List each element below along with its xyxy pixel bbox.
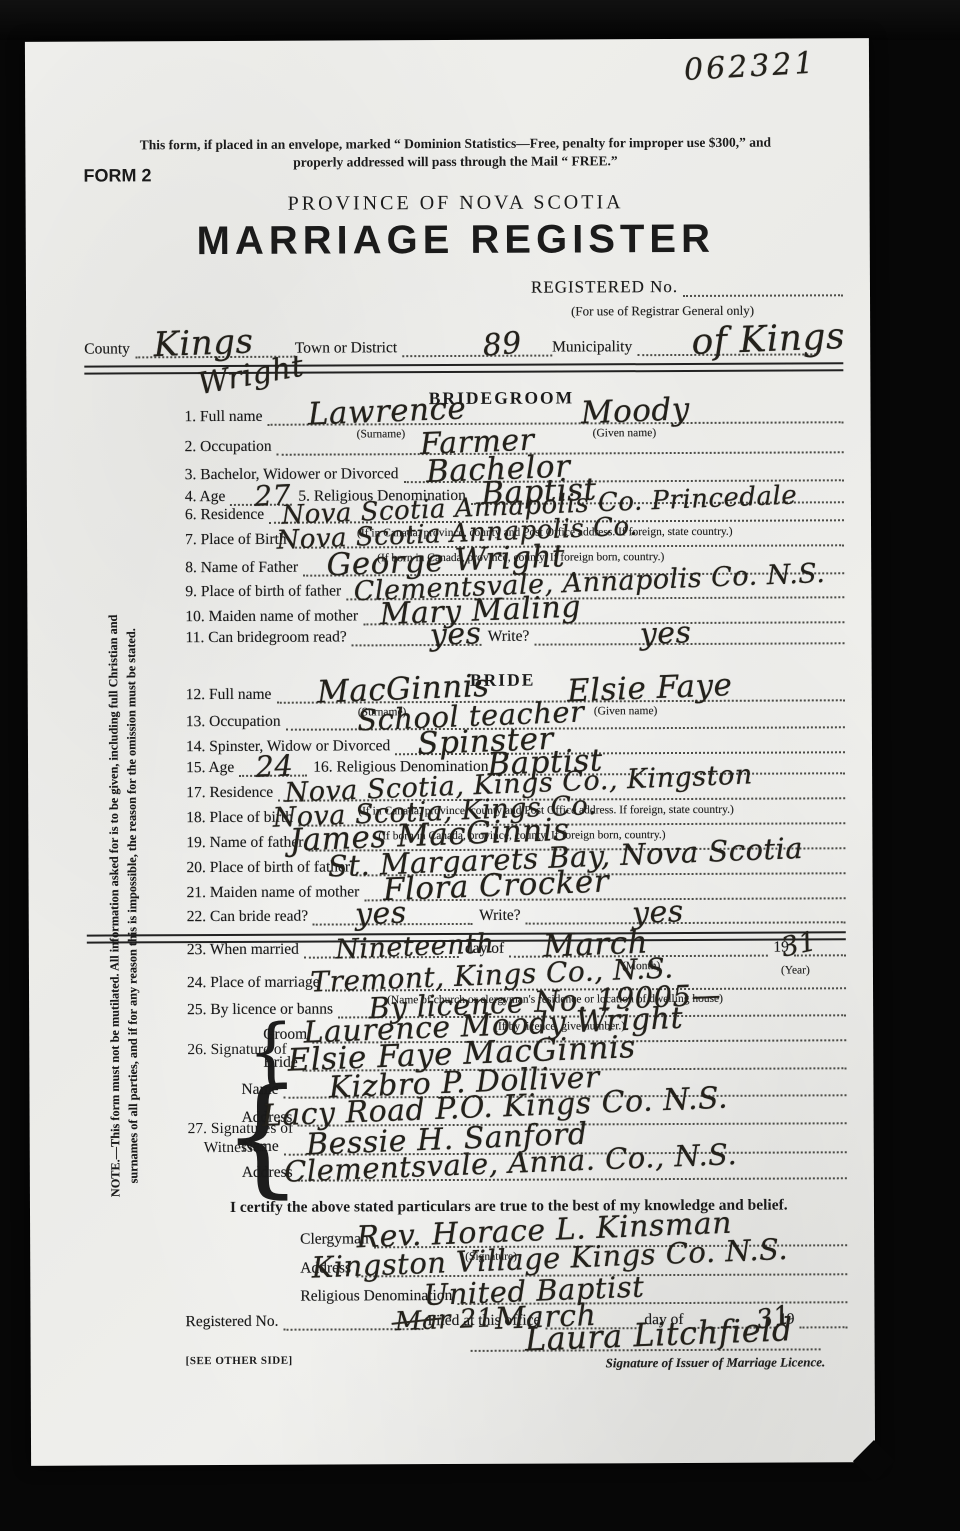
province-heading: PROVINCE OF NOVA SCOTIA bbox=[26, 190, 886, 217]
field-8-label: 8. Name of Father bbox=[185, 559, 303, 578]
registered-no-label: REGISTERED No. bbox=[531, 277, 683, 298]
bride-mother-handwritten: Flora Crocker bbox=[382, 863, 610, 908]
field-21-mother-name: 21. Maiden name of mother Flora Crocker bbox=[187, 881, 846, 902]
bridegroom-read-handwritten: yes bbox=[429, 616, 482, 653]
field-12-label: 12. Full name bbox=[186, 686, 277, 704]
dotted-line bbox=[683, 276, 843, 297]
mail-instruction-line1: This form, if placed in an envelope, mar… bbox=[25, 134, 885, 154]
bridegroom-given-handwritten: Moody bbox=[580, 391, 690, 431]
location-row: County Town or District Municipality Kin… bbox=[84, 337, 816, 358]
witness-2-address-row: Address Clementsvale, Anna. Co., N.S. bbox=[242, 1161, 847, 1182]
field-11-literacy: 11. Can bridegroom read? Write? yes yes bbox=[185, 626, 844, 647]
field-10-mother-name: 10. Maiden name of mother Mary Maling bbox=[185, 605, 844, 626]
county-label: County bbox=[84, 340, 135, 358]
dotted-line bbox=[402, 337, 552, 358]
marriage-year-handwritten: 31 bbox=[778, 926, 819, 964]
municipality-label: Municipality bbox=[552, 338, 637, 356]
town-value-handwritten: 89 bbox=[481, 325, 523, 363]
write-label: Write? bbox=[473, 907, 526, 925]
write-label: Write? bbox=[482, 628, 535, 646]
field-17-label: 17. Residence bbox=[186, 784, 278, 802]
serial-number-handwritten: 062321 bbox=[683, 46, 817, 88]
witness-name-label: Name bbox=[242, 1138, 284, 1156]
registered-no-row: REGISTERED No. bbox=[531, 278, 843, 297]
marriage-register-form: 062321 This form, if placed in an envelo… bbox=[25, 38, 875, 1466]
paper-corner-notch bbox=[853, 1440, 895, 1482]
issuer-signature-subnote: Signature of Issuer of Marriage Licence. bbox=[606, 1354, 826, 1371]
see-other-side-note: [SEE OTHER SIDE] bbox=[186, 1355, 293, 1367]
field-23-label: 23. When married bbox=[187, 941, 304, 960]
field-23-when-married: 23. When married day of 19 Nineteenth Ma… bbox=[187, 938, 846, 959]
field-9-label: 9. Place of birth of father bbox=[185, 582, 346, 601]
bride-read-handwritten: yes bbox=[354, 895, 407, 932]
field-2-label: 2. Occupation bbox=[185, 438, 277, 456]
dotted-line bbox=[526, 903, 846, 924]
field-4-label: 4. Age bbox=[185, 488, 231, 506]
bride-given-handwritten: Elsie Faye bbox=[566, 667, 733, 709]
field-24-label: 24. Place of marriage bbox=[187, 974, 325, 993]
field-22-literacy: 22. Can bride read? Write? yes yes bbox=[187, 905, 846, 926]
municipality-value-handwritten: of Kings bbox=[691, 316, 846, 363]
form-number: FORM 2 bbox=[83, 165, 151, 186]
field-3-label: 3. Bachelor, Widower or Divorced bbox=[185, 465, 404, 484]
bridegroom-write-handwritten: yes bbox=[639, 615, 692, 652]
mail-instruction-line2: properly addressed will pass through the… bbox=[25, 152, 885, 172]
town-label: Town or District bbox=[295, 339, 402, 357]
field-6-label: 6. Residence bbox=[185, 506, 269, 524]
field-15-label: 15. Age bbox=[186, 759, 239, 777]
field-22-label: 22. Can bride read? bbox=[187, 908, 313, 927]
page-title: MARRIAGE REGISTER bbox=[26, 216, 886, 265]
registered-no-subnote: (For use of Registrar General only) bbox=[571, 303, 754, 320]
field-13-label: 13. Occupation bbox=[186, 713, 286, 731]
dotted-line bbox=[799, 1308, 847, 1328]
registered-label: Registered No. bbox=[185, 1313, 283, 1331]
margin-note: NOTE.—This form must not be mutilated. A… bbox=[104, 576, 144, 1236]
field-1-label: 1. Full name bbox=[184, 408, 267, 426]
field-11-label: 11. Can bridegroom read? bbox=[185, 628, 351, 647]
field-21-label: 21. Maiden name of mother bbox=[187, 883, 365, 902]
field-10-label: 10. Maiden name of mother bbox=[185, 607, 363, 626]
issuer-signature-row: Laura Litchfield bbox=[471, 1332, 821, 1352]
witness-name-label: Name bbox=[241, 1081, 283, 1099]
margin-note-line2: surnames of all parties, and if for any … bbox=[122, 576, 143, 1236]
scanned-page-background: 062321 This form, if placed in an envelo… bbox=[0, 0, 960, 1531]
